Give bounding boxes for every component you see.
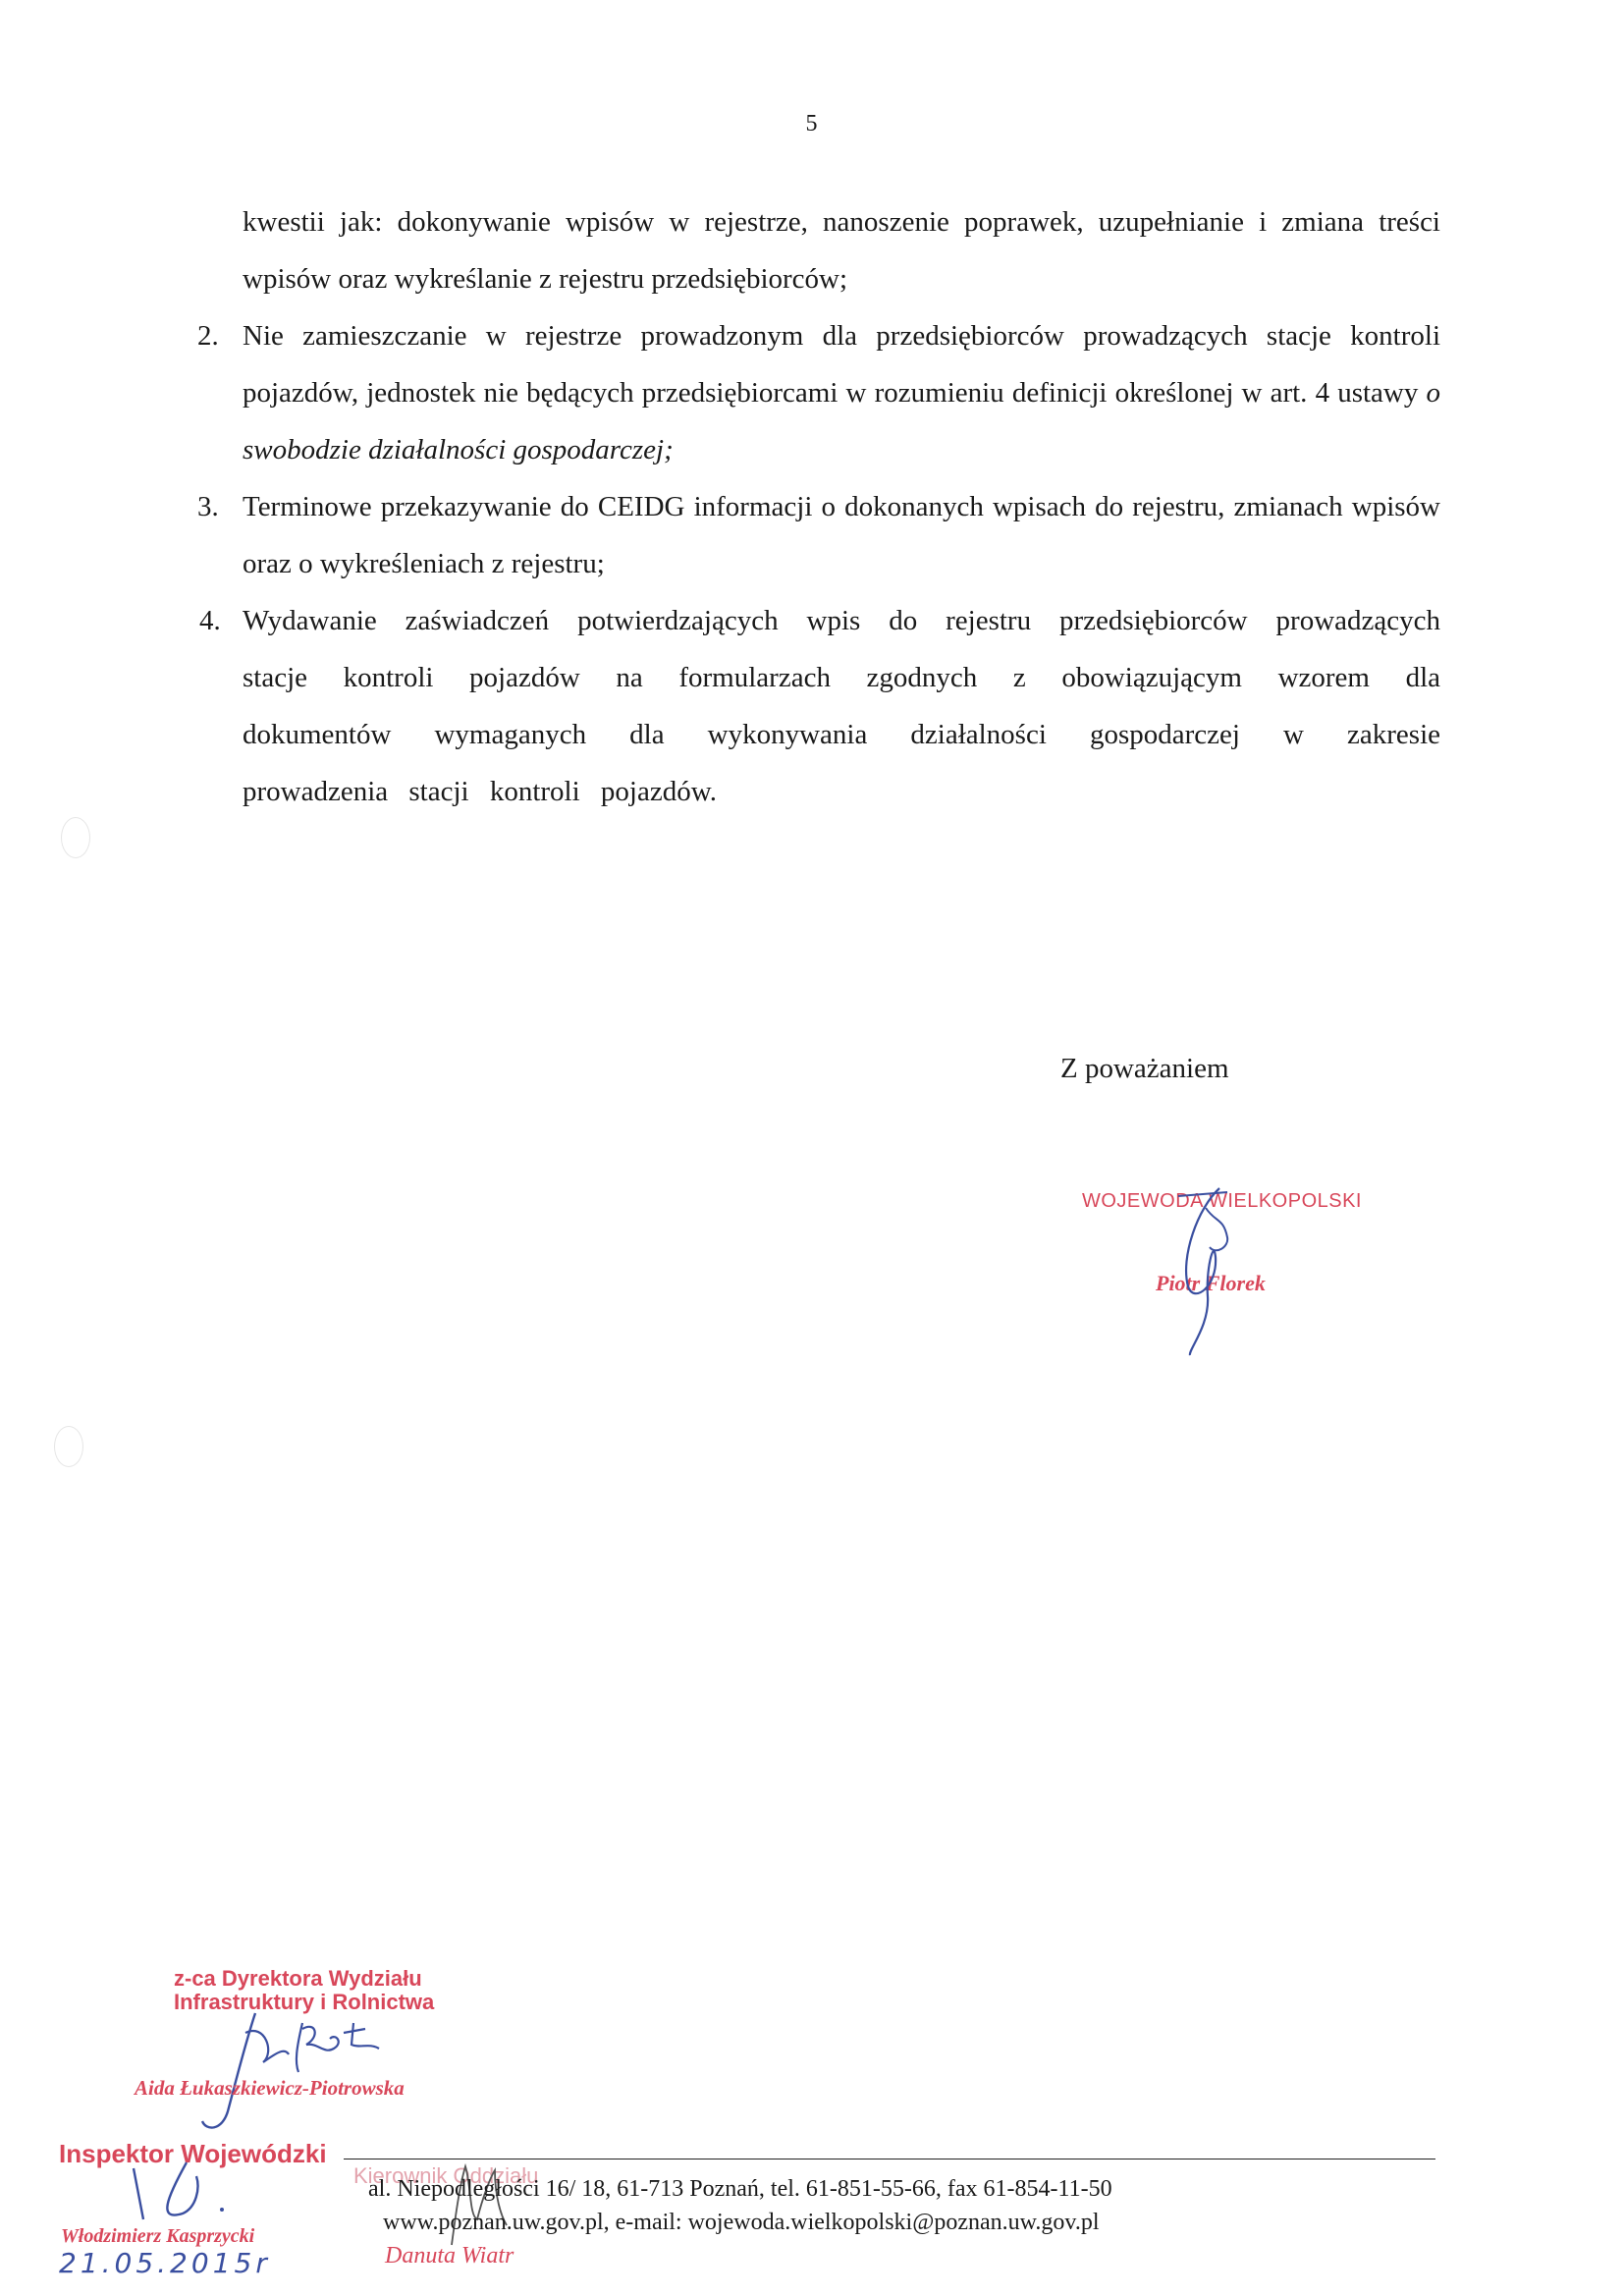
head-of-unit-name-stamp: Danuta Wiatr bbox=[385, 2243, 514, 2269]
list-item-number: 2. bbox=[197, 307, 219, 364]
voivode-name-stamp: Piotr Florek bbox=[1156, 1271, 1266, 1296]
footer-divider bbox=[344, 2159, 1435, 2159]
intro-paragraph: kwestii jak: dokonywanie wpisów w rejest… bbox=[243, 193, 1440, 307]
deputy-director-stamp-line1: z-ca Dyrektora Wydziału bbox=[174, 1966, 422, 1992]
document-body: kwestii jak: dokonywanie wpisów w rejest… bbox=[243, 193, 1440, 820]
list-item-number: 3. bbox=[197, 478, 219, 535]
inspector-name-stamp: Włodzimierz Kasprzycki bbox=[61, 2225, 254, 2248]
obligations-list: 2. Nie zamieszczanie w rejestrze prowadz… bbox=[243, 307, 1440, 820]
closing-salutation: Z poważaniem bbox=[1060, 1053, 1229, 1085]
list-item-text: Terminowe przekazywanie do CEIDG informa… bbox=[243, 478, 1440, 592]
list-item-text: Nie zamieszczanie w rejestrze prowadzony… bbox=[243, 307, 1440, 478]
list-item: 4. Wydawanie zaświadczeń potwierdzającyc… bbox=[243, 592, 1440, 820]
list-item: 3. Terminowe przekazywanie do CEIDG info… bbox=[243, 478, 1440, 592]
list-item-number: 4. bbox=[199, 592, 221, 649]
inspector-title-stamp: Inspektor Wojewódzki bbox=[59, 2139, 327, 2169]
footer-contact: www.poznan.uw.gov.pl, e-mail: wojewoda.w… bbox=[383, 2210, 1100, 2236]
list-item-text: Wydawanie zaświadczeń potwierdzających w… bbox=[243, 592, 1440, 820]
footer-address: al. Niepodległości 16/ 18, 61-713 Poznań… bbox=[368, 2176, 1112, 2203]
deputy-director-stamp-line2: Infrastruktury i Rolnictwa bbox=[174, 1990, 434, 2015]
scan-artifact bbox=[54, 1426, 83, 1467]
deputy-director-signature-icon bbox=[187, 1994, 442, 2151]
deputy-director-name-stamp: Aida Łukaszkiewicz-Piotrowska bbox=[135, 2076, 405, 2101]
list-item: 2. Nie zamieszczanie w rejestrze prowadz… bbox=[243, 307, 1440, 478]
handwritten-date: 21.05.2015r bbox=[59, 2247, 271, 2279]
page-number: 5 bbox=[0, 111, 1623, 137]
scan-artifact bbox=[61, 817, 90, 858]
list-item-text-body: Nie zamieszczanie w rejestrze prowadzony… bbox=[243, 320, 1440, 409]
voivode-title-stamp: WOJEWODA WIELKOPOLSKI bbox=[1082, 1190, 1362, 1213]
